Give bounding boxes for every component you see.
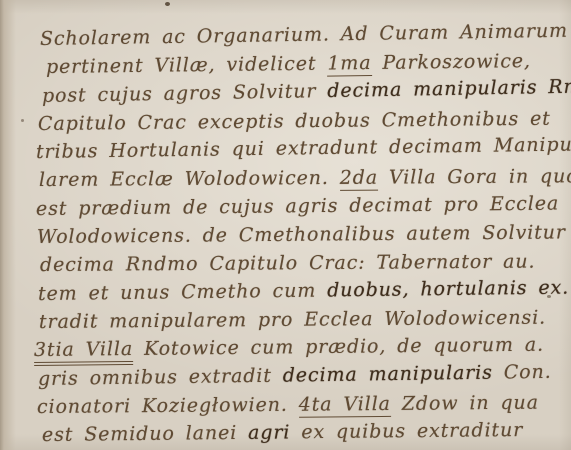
text-segment: Kotowice cum prædio, de quorum a. xyxy=(133,334,544,360)
text-segment: gris omnibus extradit xyxy=(38,364,283,389)
text-segment: post cujus agros Solvitur xyxy=(42,80,328,107)
text-segment: Scholarem ac Organarium. Ad Curam Animar… xyxy=(40,20,568,50)
text-segment: tem et unus Cmetho cum xyxy=(38,279,327,305)
manuscript-line: est prædium de cujus agris decimat pro E… xyxy=(36,189,561,223)
manuscript-line: tribus Hortulanis qui extradunt decimam … xyxy=(36,131,561,167)
text-segment: cionatori Koziegłowien. xyxy=(37,394,299,418)
text-segment: decima manipularis xyxy=(283,361,493,386)
text-segment: Capitulo Crac exceptis duobus Cmethonibu… xyxy=(38,108,551,135)
underlined-ordinal: 2da xyxy=(340,167,378,191)
text-segment: Zdow in qua xyxy=(391,391,539,414)
manuscript-line: Wolodowicens. de Cmethonalibus autem Sol… xyxy=(37,219,561,252)
underlined-ordinal: 4ta Villa xyxy=(299,393,391,418)
text-segment: Parkoszowice, xyxy=(371,50,531,74)
ink-speck xyxy=(21,119,24,122)
underlined-ordinal: 3tia Villa xyxy=(34,338,133,366)
manuscript-line: tem et unus Cmetho cum duobus, hortulani… xyxy=(38,273,561,308)
manuscript-page: Scholarem ac Organarium. Ad Curam Animar… xyxy=(0,0,571,450)
text-segment: duobus, hortulanis ex. xyxy=(327,276,569,301)
text-segment: decima Rndmo Capitulo Crac: Tabernator a… xyxy=(40,251,536,276)
text-segment: tradit manipularem pro Ecclea Wolodowice… xyxy=(39,307,546,333)
text-segment: Wolodowicens. de Cmethonalibus autem Sol… xyxy=(37,221,566,248)
text-segment: Con. xyxy=(493,360,552,383)
text-segment: est prædium de cujus agris decimat pro E… xyxy=(36,192,559,219)
text-segment: Villa Gora in quo xyxy=(378,166,571,189)
manuscript-line: est Semiduo lanei agri ex quibus extradi… xyxy=(42,416,561,450)
underlined-ordinal: 1ma xyxy=(327,52,371,77)
text-segment: larem Ecclæ Wolodowicen. xyxy=(39,167,340,191)
text-segment: est Semiduo lanei xyxy=(42,422,248,446)
manuscript-text: Scholarem ac Organarium. Ad Curam Animar… xyxy=(36,25,561,449)
text-segment: decima manipularis Rndmo xyxy=(327,74,571,101)
text-segment: pertinent Villæ, videlicet xyxy=(46,53,328,78)
text-segment: ex quibus extraditur xyxy=(290,419,523,443)
text-segment: agri xyxy=(248,422,290,444)
text-segment: tribus Hortulanis qui extradunt decimam … xyxy=(36,134,571,164)
ink-speck xyxy=(165,2,170,6)
